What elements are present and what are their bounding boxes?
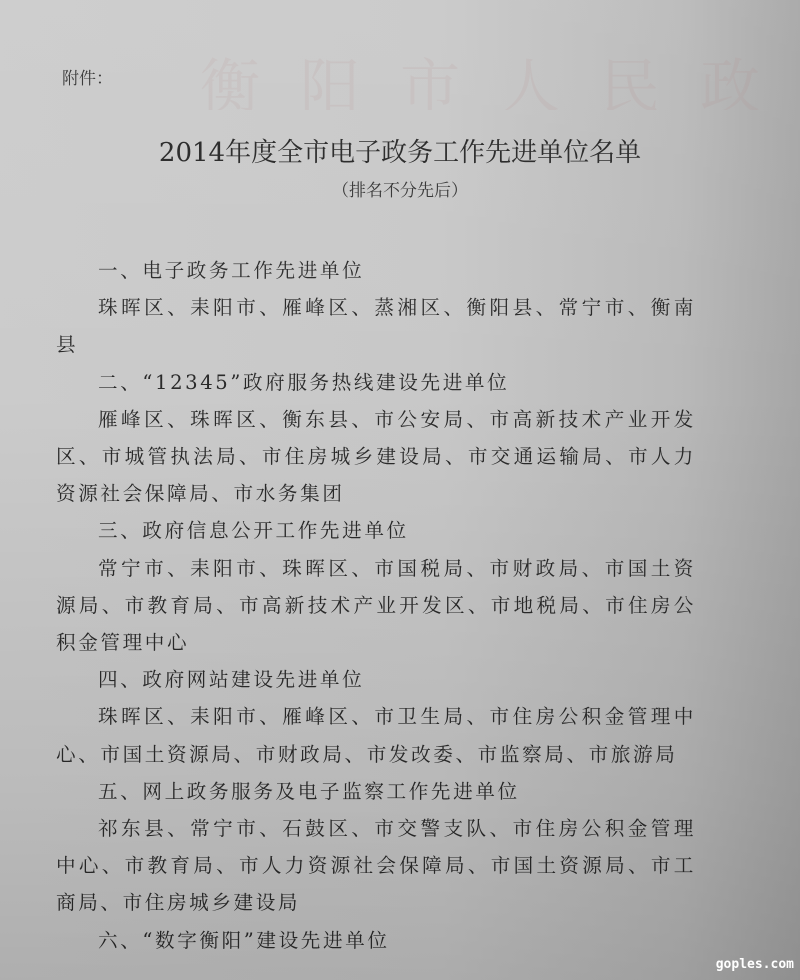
document-title: 2014年度全市电子政务工作先进单位名单 xyxy=(0,132,800,169)
attachment-label: 附件： xyxy=(62,64,113,89)
document-subtitle: （排名不分先后） xyxy=(0,176,800,201)
section-heading-1: 一、电子政务工作先进单位 xyxy=(56,252,696,289)
section-heading-5: 五、网上政务服务及电子监察工作先进单位 xyxy=(56,773,696,810)
document-body: 一、电子政务工作先进单位 珠晖区、耒阳市、雁峰区、蒸湘区、衡阳县、常宁市、衡南县… xyxy=(56,252,696,959)
section-units-5: 祁东县、常宁市、石鼓区、市交警支队、市住房公积金管理中心、市教育局、市人力资源社… xyxy=(56,810,696,922)
section-units-2: 雁峰区、珠晖区、衡东县、市公安局、市高新技术产业开发区、市城管执法局、市住房城乡… xyxy=(56,401,696,513)
section-units-4: 珠晖区、耒阳市、雁峰区、市卫生局、市住房公积金管理中心、市国土资源局、市财政局、… xyxy=(56,698,696,772)
bleed-through-text: 衡阳市人民政府办公室 xyxy=(200,40,760,110)
section-heading-3: 三、政府信息公开工作先进单位 xyxy=(56,512,696,549)
section-heading-6: 六、“数字衡阳”建设先进单位 xyxy=(56,922,696,959)
section-heading-4: 四、政府网站建设先进单位 xyxy=(56,661,696,698)
section-units-3: 常宁市、耒阳市、珠晖区、市国税局、市财政局、市国土资源局、市教育局、市高新技术产… xyxy=(56,550,696,662)
site-watermark: goples.com xyxy=(716,957,794,972)
section-units-1: 珠晖区、耒阳市、雁峰区、蒸湘区、衡阳县、常宁市、衡南县 xyxy=(56,289,696,363)
section-heading-2: 二、“12345”政府服务热线建设先进单位 xyxy=(56,364,696,401)
